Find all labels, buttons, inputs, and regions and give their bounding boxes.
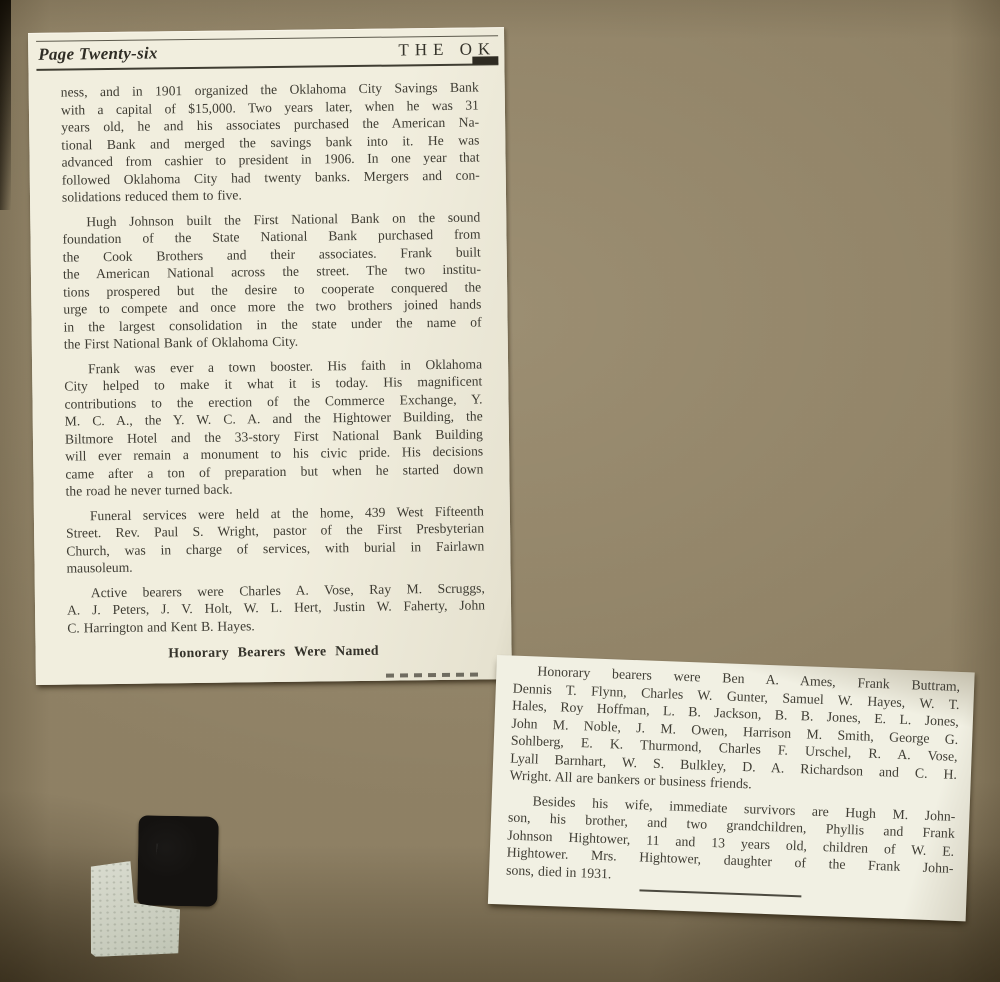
clipping-page-header: Page Twenty-six THE OK (36, 35, 498, 71)
subheading: Honorary Bearers Were Named (36, 641, 512, 663)
text-line: the First National Bank of Oklahoma City… (64, 330, 482, 353)
paragraph: Besides his wife, immediate survivors ar… (506, 791, 956, 895)
photo-edge-shadow (0, 0, 11, 210)
text-line: solidations reduced them to five. (62, 183, 480, 206)
paragraph: ness, and in 1901 organized the Oklahoma… (61, 78, 480, 206)
right-newspaper-clipping: Honorary bearers were Ben A. Ames, Frank… (488, 655, 975, 921)
paragraph: Active bearers were Charles A. Vose, Ray… (67, 579, 486, 637)
paragraph: Honorary bearers were Ben A. Ames, Frank… (509, 662, 960, 801)
scrapbook-board: Page Twenty-six THE OK ness, and in 1901… (0, 0, 1000, 982)
text-line: mausoleum. (66, 554, 484, 577)
black-paper-remnant (137, 815, 219, 906)
text-line: the road he never turned back. (65, 477, 483, 500)
right-clipping-text: Honorary bearers were Ben A. Ames, Frank… (506, 662, 961, 895)
left-newspaper-clipping: Page Twenty-six THE OK ness, and in 1901… (28, 27, 512, 685)
paragraph: Hugh Johnson built the First National Ba… (62, 208, 482, 353)
article-end-rule (639, 889, 801, 897)
masthead-ink-block (472, 56, 498, 64)
cut-off-text-fragment (386, 673, 482, 678)
paragraph: Frank was ever a town booster. His faith… (64, 355, 484, 500)
paragraph: Funeral services were held at the home, … (66, 502, 485, 577)
left-clipping-text: ness, and in 1901 organized the Oklahoma… (61, 78, 486, 636)
page-number-label: Page Twenty-six (38, 43, 158, 64)
